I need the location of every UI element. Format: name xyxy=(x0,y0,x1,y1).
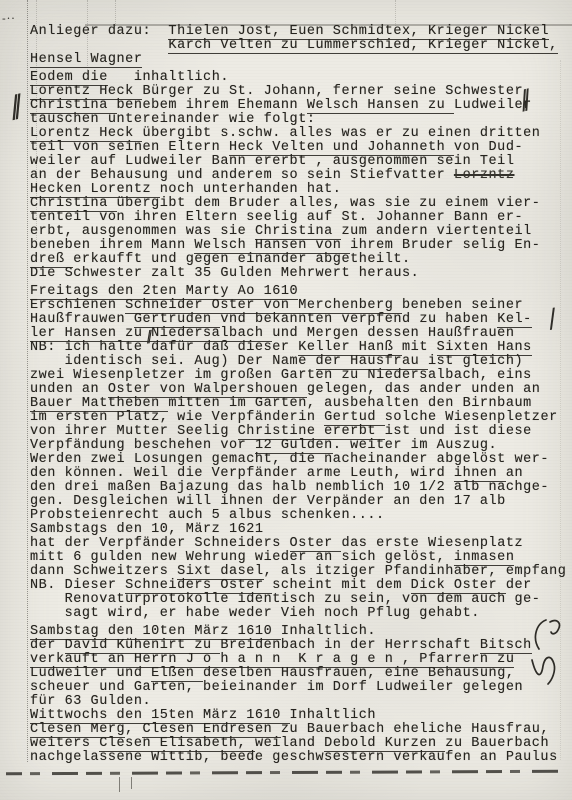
text-segment: scheuer und Garten, beieinander im Dorf … xyxy=(30,680,523,695)
text-line: Haußfrauwen Gertruden vnd bekannten verp… xyxy=(30,313,570,327)
text-line: tenteil von ihren Eltern seelig auf St. … xyxy=(30,211,570,225)
text-segment: ist gleich) xyxy=(428,354,523,369)
text-segment: Ludweiler und xyxy=(30,666,151,681)
text-segment: weiters xyxy=(30,736,99,751)
text-segment: das erste Wiesenplatz xyxy=(341,536,523,551)
text-line: Hensel Wagner xyxy=(30,53,570,67)
text-segment: und Mergen dessen Haußfrauen xyxy=(272,326,514,341)
text-line: Bauer Mattheben mitten im Garten, ausbeh… xyxy=(30,397,570,411)
text-segment: Werden zwei Losungen gemacht, die nachei… xyxy=(30,452,549,467)
underlined-text: Welsch Hansen zu xyxy=(307,98,454,114)
text-segment: . weiter im Auszug. xyxy=(333,438,497,453)
text-segment: mit xyxy=(402,340,437,355)
text-segment: ist und ist diese xyxy=(385,424,532,439)
text-segment: der xyxy=(506,578,532,593)
text-segment: tenteil von ihren Eltern seelig auf St. … xyxy=(30,210,523,225)
text-line: ler Hansen zu Niedersalbach und Mergen d… xyxy=(30,327,570,341)
text-line: Hecken Lorentz noch unterhanden hat. xyxy=(30,183,570,197)
text-segment: Anlieger dazu: xyxy=(30,24,168,39)
text-segment: an xyxy=(506,466,523,481)
text-line: mitt 6 gulden new Wehrung wieder an sich… xyxy=(30,551,570,565)
text-line: Die Schwester zalt 35 Gulden Mehrwert he… xyxy=(30,267,570,281)
text-line: Sambstags den 10, März 1621 xyxy=(30,523,570,537)
text-segment: nachgelassene Wittib, beede geschwsester… xyxy=(30,750,558,765)
text-segment: , als itziger Pfandinhaber, empfang xyxy=(264,564,567,579)
underlined-text: Hensel Wagner xyxy=(30,52,142,68)
scanned-document-page: Anlieger dazu: Thielen Jost, Euen Schmid… xyxy=(0,0,572,800)
text-line: sagt wird, er habe weder Vieh noch Pflug… xyxy=(30,607,570,621)
text-line: Probsteienrecht auch 5 albus schenken...… xyxy=(30,509,570,523)
text-line: Wittwochs den 15ten März 1610 Inhaltlich xyxy=(30,709,570,723)
text-line: zwei Wiesenpletzer im großen Garten zu N… xyxy=(30,369,570,383)
text-segment: mitt 6 gulden new Wehrung wieder an sich… xyxy=(30,550,454,565)
text-line: beneben ihrem Mann Welsch Hansen von ihr… xyxy=(30,239,570,253)
text-segment: für 63 Gulden. xyxy=(30,694,151,709)
text-line: tauschen untereinander wie folgt: xyxy=(30,113,570,127)
text-segment: an der Behausung und anderem so sein Sti… xyxy=(30,168,454,183)
typewritten-text-block: Anlieger dazu: Thielen Jost, Euen Schmid… xyxy=(30,25,570,765)
text-segment: Renovaturprotokolle identisch zu sein, v… xyxy=(30,592,540,607)
crease-line xyxy=(115,0,116,26)
edge-stub xyxy=(119,777,120,792)
text-line: scheuer und Garten, beieinander im Dorf … xyxy=(30,681,570,695)
text-segment: mitten im Garten, ausbehalten den Birnba… xyxy=(168,396,531,411)
torn-edge-dashed-line xyxy=(6,770,566,775)
text-line: dann Schweitzers Sixt dasel, als itziger… xyxy=(30,565,570,579)
text-line: für 63 Gulden. xyxy=(30,695,570,709)
text-segment: erkaufft und gegen einander abgetheilt. xyxy=(73,252,410,267)
text-segment: Breidenbach in der Herrschaft xyxy=(220,638,480,653)
text-line: den drei maßen Bajazung das halb nemblic… xyxy=(30,481,570,495)
text-segment: NB. Dieser xyxy=(30,578,125,593)
text-line: erbt, ausgenommen was sie Christina zum … xyxy=(30,225,570,239)
text-line: dreß erkaufft und gegen einander abgethe… xyxy=(30,253,570,267)
text-segment: Erschienen xyxy=(30,298,125,313)
text-line: Freitags den 2ten Marty Ao 1610 xyxy=(30,285,570,299)
text-segment: , xyxy=(125,722,142,737)
top-left-dash: -·· xyxy=(2,12,16,25)
text-line: identisch sei. Aug) Der Name der Hausfra… xyxy=(30,355,570,369)
text-segment: hat der Verpfänder Schneiders xyxy=(30,536,290,551)
text-line: der David Kühenirt zu Breidenbach in der… xyxy=(30,639,570,653)
double-slash-left: ∕∕ xyxy=(6,90,19,126)
text-segment: weiland xyxy=(255,736,324,751)
text-segment: erbt, ausgenommen was sie xyxy=(30,224,255,239)
text-segment: übergibt s.schw. alles was er zu einen d… xyxy=(142,126,540,141)
text-line: gen. Desgleichen will ihnen der Verpände… xyxy=(30,495,570,509)
struck-text: Lorzntz xyxy=(454,168,515,183)
text-segment: Sambstags den 10, März 1621 xyxy=(30,522,264,537)
text-line: Christina benebem ihrem Ehemann Welsch H… xyxy=(30,99,570,113)
crease-line xyxy=(395,0,396,26)
text-segment: ihrem Bruder selig En- xyxy=(350,238,540,253)
text-segment: scheint mit dem xyxy=(272,578,410,593)
text-segment: zwei Wiesenpletzer im großen Garten zu N… xyxy=(30,368,532,383)
text-segment: beneben seiner xyxy=(402,298,523,313)
text-line: Erschienen Schneider Oster von Merchenbe… xyxy=(30,299,570,313)
text-line: weiler auf Ludweiler Bann ererbt , ausge… xyxy=(30,155,570,169)
text-segment: den drei maßen Bajazung das halb nemblic… xyxy=(30,480,549,495)
text-segment: benebem ihrem Ehemann xyxy=(117,98,307,113)
text-segment: deselben Hausfrauen, eine Behausung, xyxy=(203,666,514,681)
text-line: unden an Oster von Walpershouen gelegen,… xyxy=(30,383,570,397)
text-segment: von Dud- xyxy=(454,140,523,155)
text-line: an der Behausung und anderem so sein Sti… xyxy=(30,169,570,183)
left-margin-line xyxy=(27,0,28,762)
text-line: Lorentz Heck übergibt s.schw. alles was … xyxy=(30,127,570,141)
text-segment: zu Bauerbach xyxy=(445,736,549,751)
text-line: Christina übergibt dem Bruder alles, was… xyxy=(30,197,570,211)
edge-stub xyxy=(131,777,132,789)
text-segment: identisch sei. Aug) Der Name xyxy=(30,354,316,369)
handwritten-scribble xyxy=(524,614,572,692)
text-line: NB: ich halte dafür daß dieser Keller Ha… xyxy=(30,341,570,355)
text-segment: zum andern viertenteil xyxy=(341,224,531,239)
text-segment: NB: ich halte dafür daß dieser xyxy=(30,340,298,355)
text-segment: der xyxy=(30,638,65,653)
text-segment: gen. Desgleichen will ihnen der Verpände… xyxy=(30,494,506,509)
text-segment: Probsteienrecht auch 5 albus schenken...… xyxy=(30,508,385,523)
text-line: Karch Velten zu Lummerschied, Krieger Ni… xyxy=(30,39,570,53)
text-segment: Bürger zu St. Johann, ferner seine Schwe… xyxy=(142,84,523,99)
text-segment: vnd bekannten verpfend zu haben xyxy=(220,312,497,327)
underlined-text: Karch Velten zu Lummerschied, Krieger Ni… xyxy=(168,38,557,54)
text-line: nachgelassene Wittib, beede geschwsester… xyxy=(30,751,570,765)
text-line: teil von seinen Eltern Heck Velten und J… xyxy=(30,141,570,155)
text-segment: solche Wiesenpletzer xyxy=(385,410,558,425)
text-segment: Die Schwester zalt 35 Gulden Mehrwert he… xyxy=(30,266,419,281)
text-segment: von ihrer Mutter Seelig xyxy=(30,424,238,439)
text-segment: tauschen untereinander wie folgt: xyxy=(30,112,316,127)
text-segment: inhaltlich. xyxy=(108,70,229,85)
text-segment: den können. Weil die Verpfänder arme Leu… xyxy=(30,466,454,481)
text-line: Ludweiler und Elßen deselben Hausfrauen,… xyxy=(30,667,570,681)
text-line: Clesen Merg, Clesen Endresen zu Bauerbac… xyxy=(30,723,570,737)
text-segment: sagt wird, er habe weder Vieh noch Pflug… xyxy=(30,606,480,621)
text-line: im ersten Platz, wie Verpfänderin Gertud… xyxy=(30,411,570,425)
text-segment: im ersten Platz, wie Verpfänderin xyxy=(30,410,324,425)
text-line: von ihrer Mutter Seelig Christine ererbt… xyxy=(30,425,570,439)
text-line: Sambstag den 10ten März 1610 Inhaltlich. xyxy=(30,625,570,639)
text-segment: beneben ihrem Mann xyxy=(30,238,194,253)
text-line: weiters Clesen Elisabeth, weiland Debold… xyxy=(30,737,570,751)
text-segment: zu Bauerbach eheliche Hausfrau, xyxy=(281,722,549,737)
text-segment: Verpfändung beschehen vor xyxy=(30,438,255,453)
text-line: hat der Verpfänder Schneiders Oster das … xyxy=(30,537,570,551)
text-line: Anlieger dazu: Thielen Jost, Euen Schmid… xyxy=(30,25,570,39)
text-line: Renovaturprotokolle identisch zu sein, v… xyxy=(30,593,570,607)
text-segment: noch unterhanden hat. xyxy=(160,182,342,197)
text-segment: Inhaltlich. xyxy=(281,624,376,639)
text-segment: dann Schweitzers xyxy=(30,564,177,579)
text-segment: unden an xyxy=(30,382,108,397)
text-line: den können. Weil die Verpfänder arme Leu… xyxy=(30,467,570,481)
text-line: NB. Dieser Schneiders Oster scheint mit … xyxy=(30,579,570,593)
text-segment: teil von seinen Eltern xyxy=(30,140,229,155)
text-line: Verpfändung beschehen vor 12 Gulden. wei… xyxy=(30,439,570,453)
text-segment: weiler auf Ludweiler Bann ererbt , ausge… xyxy=(30,154,514,169)
text-segment xyxy=(30,38,168,53)
text-segment: Inhaltlich xyxy=(290,708,377,723)
text-segment: Haußfrauwen xyxy=(30,312,134,327)
text-line: Eodem die inhaltlich. xyxy=(30,71,570,85)
text-line: Werden zwei Losungen gemacht, die nachei… xyxy=(30,453,570,467)
text-line: Lorentz Heck Bürger zu St. Johann, ferne… xyxy=(30,85,570,99)
text-segment: gelegen, das ander unden an xyxy=(307,382,541,397)
text-segment: übergibt dem Bruder alles, was sie zu ei… xyxy=(117,196,541,211)
text-line: verkauft an Herrn J o h a n n K r a g e … xyxy=(30,653,570,667)
